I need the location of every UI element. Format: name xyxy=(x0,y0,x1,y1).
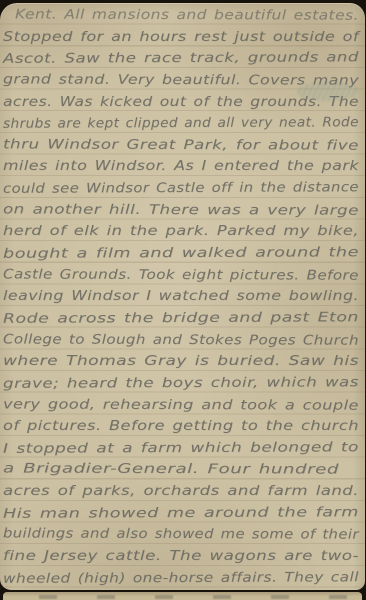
handwritten-line: thru Windsor Great Park, for about five xyxy=(3,132,363,155)
handwritten-text: buildings and also showed me some of the… xyxy=(3,524,359,547)
handwritten-line: very good, rehearsing and took a couple xyxy=(3,392,363,415)
handwritten-text: a Brigadier-General. Four hundred xyxy=(3,459,339,482)
handwritten-line: College to Slough and Stokes Poges Churc… xyxy=(3,327,363,350)
handwritten-line: Ascot. Saw the race track, grounds and xyxy=(3,45,363,68)
scanned-diary-page: Kent. All mansions and beautiful estates… xyxy=(0,0,366,600)
handwritten-line: where Thomas Gray is buried. Saw his xyxy=(3,349,363,371)
ink-smudge xyxy=(297,82,359,101)
handwritten-line: grave; heard the boys choir, which was xyxy=(3,370,363,393)
notebook-paper: Kent. All mansions and beautiful estates… xyxy=(0,3,365,590)
next-page-faint-writing xyxy=(13,595,352,599)
handwritten-line: buildings and also showed me some of the… xyxy=(3,522,363,545)
handwritten-line: bought a film and walked around the xyxy=(3,240,363,263)
handwritten-line: on another hill. There was a very large xyxy=(3,197,363,220)
handwritten-text: thru Windsor Great Park, for about five xyxy=(3,134,359,157)
handwritten-line: Stopped for an hours rest just outside o… xyxy=(3,25,363,47)
handwritten-line: miles into Windsor. As I entered the par… xyxy=(3,154,363,176)
handwritten-line: shrubs are kept clipped and all very nea… xyxy=(3,110,363,133)
handwritten-line: His man showed me around the farm xyxy=(3,500,363,523)
handwritten-text: College to Slough and Stokes Poges Churc… xyxy=(3,329,359,352)
handwritten-line: leaving Windsor I watched some bowling. xyxy=(3,284,363,306)
handwritten-line: a Brigadier-General. Four hundred xyxy=(3,457,363,480)
handwritten-text: wheeled (high) one-horse affairs. They c… xyxy=(3,567,359,590)
handwritten-line: fine Jersey cattle. The wagons are two- xyxy=(3,544,363,566)
handwritten-text: Castle Grounds. Took eight pictures. Bef… xyxy=(3,264,359,287)
handwritten-line: I stopped at a farm which belonged to xyxy=(3,435,363,458)
handwritten-line: Rode across the bridge and past Eton xyxy=(3,305,363,328)
handwritten-text: Kent. All mansions and beautiful estates… xyxy=(15,4,359,27)
next-page-edge xyxy=(3,592,362,600)
handwritten-text: very good, rehearsing and took a couple xyxy=(3,394,359,417)
handwritten-line: acres of parks, orchards and farm land. xyxy=(3,479,363,501)
handwritten-text: on another hill. There was a very large xyxy=(3,199,359,222)
handwritten-line: of pictures. Before getting to the churc… xyxy=(3,414,363,436)
handwritten-line: could see Windsor Castle off in the dist… xyxy=(3,175,363,198)
handwritten-line: Castle Grounds. Took eight pictures. Bef… xyxy=(3,262,363,285)
handwritten-text: fine Jersey cattle. The wagons are two- xyxy=(3,546,359,568)
handwritten-line: wheeled (high) one-horse affairs. They c… xyxy=(3,565,363,588)
handwritten-line: Kent. All mansions and beautiful estates… xyxy=(3,3,363,25)
handwritten-line: herd of elk in the park. Parked my bike, xyxy=(3,219,363,241)
